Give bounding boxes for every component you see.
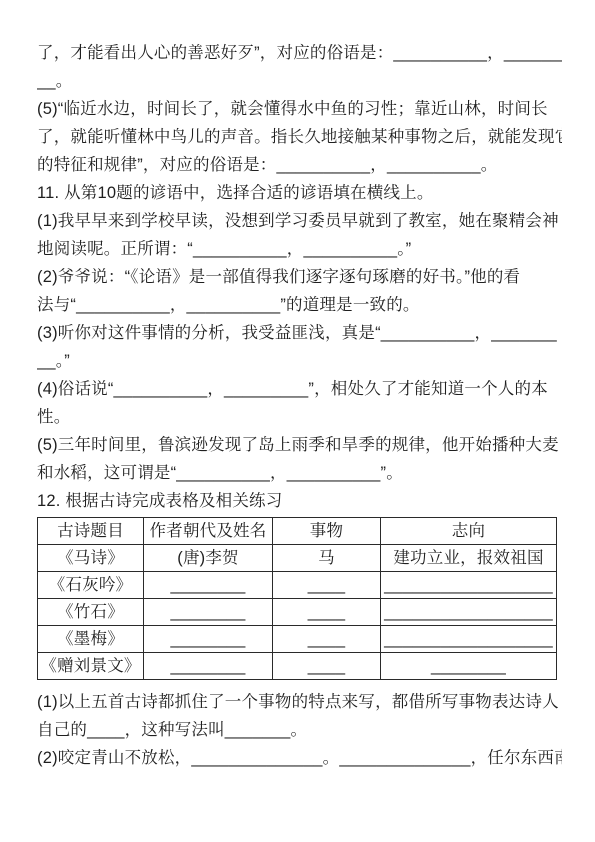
text-line: (5)“临近水边，时间长了，就会懂得水中鱼的习性；靠近山林，时间长 xyxy=(37,95,562,123)
table-header-cell: 志向 xyxy=(381,518,557,545)
table-row: 《赠刘景文》 ________ ____ ________ xyxy=(38,653,557,680)
table-cell: 《马诗》 xyxy=(38,545,144,572)
table-header-cell: 古诗题目 xyxy=(38,518,144,545)
table-header-cell: 作者朝代及姓名 xyxy=(144,518,273,545)
table-cell: (唐)李贺 xyxy=(144,545,273,572)
table-cell: ____ xyxy=(273,572,381,599)
table-row: 《马诗》 (唐)李贺 马 建功立业，报效祖国 xyxy=(38,545,557,572)
table-cell: ________ xyxy=(144,599,273,626)
text-line: 和水稻，这可谓是“__________，__________”。 xyxy=(37,459,562,487)
table-cell: __________________ xyxy=(381,626,557,653)
text-line: (3)听你对这件事情的分析，我受益匪浅，真是“__________，______… xyxy=(37,319,562,347)
text-line: __。 xyxy=(37,67,562,95)
table-cell: 《竹石》 xyxy=(38,599,144,626)
table-row: 《竹石》 ________ ____ __________________ xyxy=(38,599,557,626)
table-cell: ____ xyxy=(273,653,381,680)
text-line: 性。 xyxy=(37,403,562,431)
text-line: (2)爷爷说：“《论语》是一部值得我们逐字逐句琢磨的好书。”他的看 xyxy=(37,263,562,291)
poem-table: 古诗题目 作者朝代及姓名 事物 志向 《马诗》 (唐)李贺 马 建功立业，报效祖… xyxy=(37,517,557,680)
text-line: __。” xyxy=(37,347,562,375)
table-cell: __________________ xyxy=(381,572,557,599)
table-cell: __________________ xyxy=(381,599,557,626)
text-line: (1)我早早来到学校早读，没想到学习委员早就到了教室，她在聚精会神 xyxy=(37,207,562,235)
table-cell: ________ xyxy=(381,653,557,680)
table-cell: ________ xyxy=(144,572,273,599)
text-line: 法与“__________，__________”的道理是一致的。 xyxy=(37,291,562,319)
text-line: 自己的____，这种写法叫_______。 xyxy=(37,716,562,744)
table-cell: ________ xyxy=(144,653,273,680)
text-line: (4)俗话说“__________，_________”，相处久了才能知道一个人… xyxy=(37,375,562,403)
text-line: 地阅读呢。正所谓：“__________，__________。” xyxy=(37,235,562,263)
text-line: (1)以上五首古诗都抓住了一个事物的特点来写，都借所写事物表达诗人 xyxy=(37,688,562,716)
table-cell: 《石灰吟》 xyxy=(38,572,144,599)
text-line: 了，才能看出人心的善恶好歹”，对应的俗语是：__________，_______… xyxy=(37,39,562,67)
table-row: 《石灰吟》 ________ ____ __________________ xyxy=(38,572,557,599)
table-cell: 《赠刘景文》 xyxy=(38,653,144,680)
text-line: (5)三年时间里，鲁滨逊发现了岛上雨季和旱季的规律，他开始播种大麦 xyxy=(37,431,562,459)
text-line: 了，就能听懂林中鸟儿的声音。指长久地接触某种事物之后，就能发现它 xyxy=(37,123,562,151)
table-header-cell: 事物 xyxy=(273,518,381,545)
table-header-row: 古诗题目 作者朝代及姓名 事物 志向 xyxy=(38,518,557,545)
table-row: 《墨梅》 ________ ____ __________________ xyxy=(38,626,557,653)
table-cell: 建功立业，报效祖国 xyxy=(381,545,557,572)
question-11-heading: 11. 从第10题的谚语中，选择合适的谚语填在横线上。 xyxy=(37,179,562,207)
table-cell: ____ xyxy=(273,626,381,653)
table-cell: 马 xyxy=(273,545,381,572)
document-page: 了，才能看出人心的善恶好歹”，对应的俗语是：__________，_______… xyxy=(0,0,595,842)
table-cell: ________ xyxy=(144,626,273,653)
text-line: (2)咬定青山不放松，______________。______________… xyxy=(37,744,562,772)
text-line: 的特征和规律”，对应的俗语是：__________，__________。 xyxy=(37,151,562,179)
question-12-heading: 12. 根据古诗完成表格及相关练习 xyxy=(37,487,562,515)
table-cell: ____ xyxy=(273,599,381,626)
table-cell: 《墨梅》 xyxy=(38,626,144,653)
